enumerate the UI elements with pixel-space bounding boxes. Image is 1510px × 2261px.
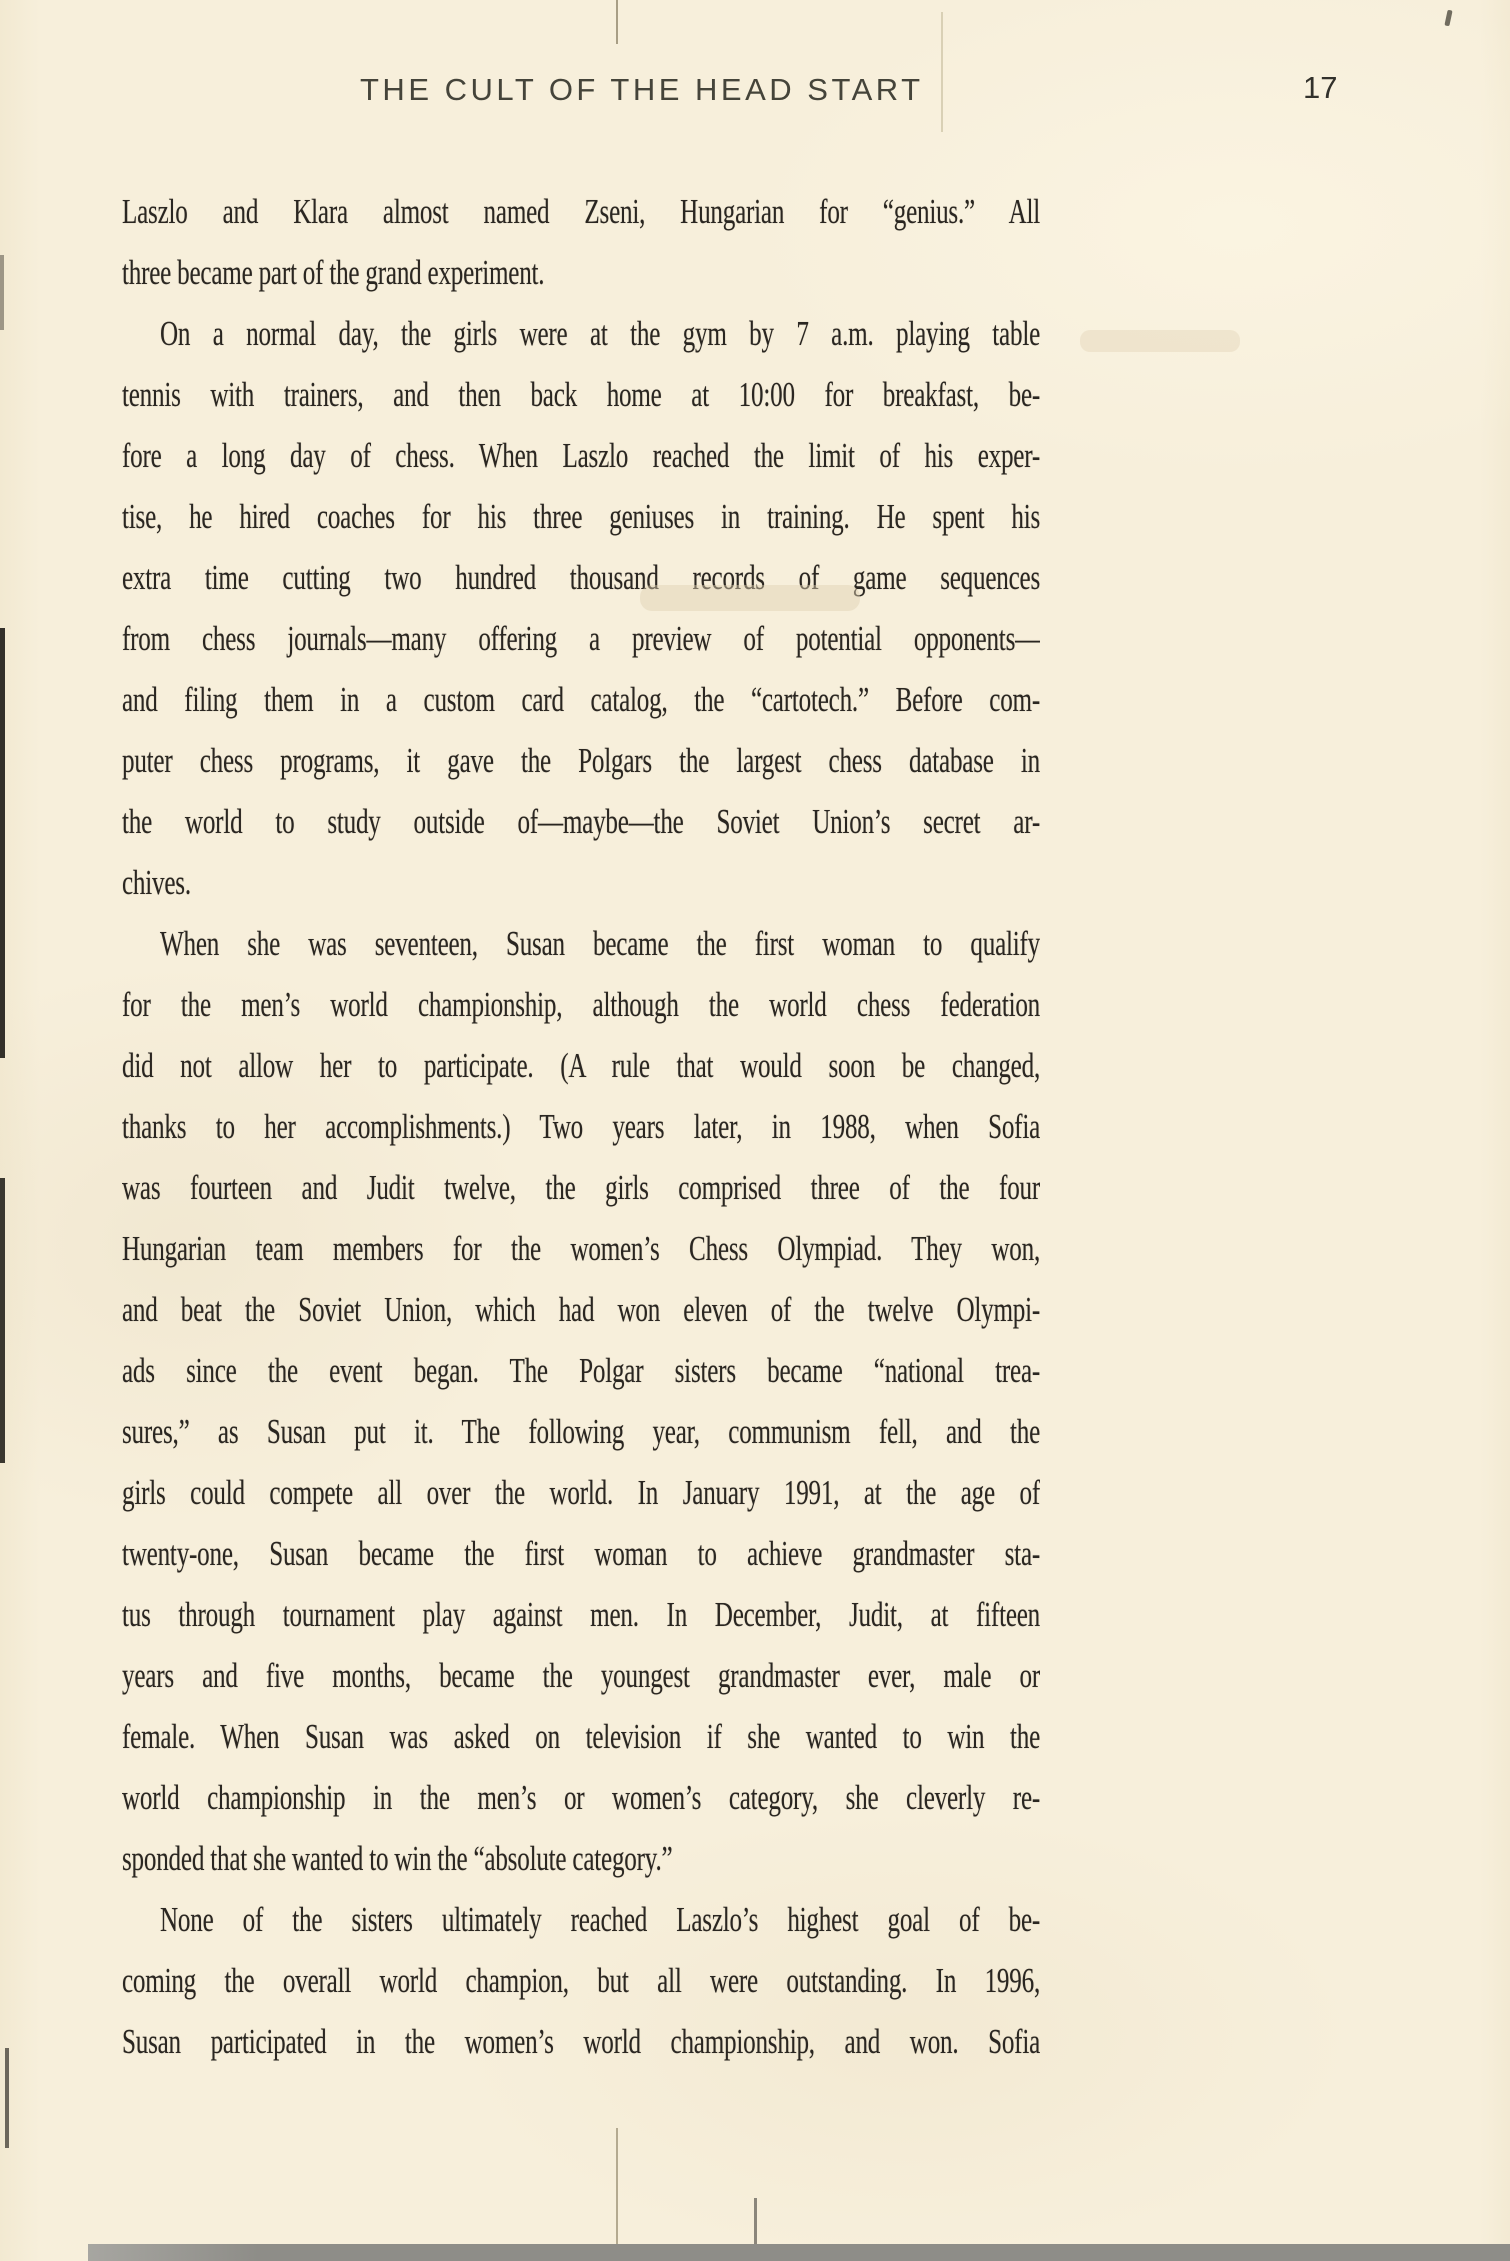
body-line: thanks to her accomplishments.) Two year… bbox=[122, 1096, 1040, 1157]
scan-artifact-left-edge-mark bbox=[0, 255, 4, 330]
body-line: sponded that she wanted to win the “abso… bbox=[122, 1828, 1040, 1889]
book-page: THE CULT OF THE HEAD START 17 Laszlo and… bbox=[0, 0, 1510, 2261]
body-line: On a normal day, the girls were at the g… bbox=[122, 303, 1040, 364]
running-header-title: THE CULT OF THE HEAD START bbox=[360, 72, 924, 108]
body-line: fore a long day of chess. When Laszlo re… bbox=[122, 425, 1040, 486]
scan-artifact-mark bbox=[754, 2198, 757, 2246]
body-line: did not allow her to participate. (A rul… bbox=[122, 1035, 1040, 1096]
body-line: coming the overall world champion, but a… bbox=[122, 1950, 1040, 2011]
scan-artifact-fold-line bbox=[616, 2128, 618, 2246]
body-line: Hungarian team members for the women’s C… bbox=[122, 1218, 1040, 1279]
body-line: tennis with trainers, and then back home… bbox=[122, 364, 1040, 425]
scan-artifact-left-edge-mark bbox=[5, 2048, 9, 2148]
scan-artifact-left-edge-mark bbox=[0, 1178, 5, 1463]
body-line: Laszlo and Klara almost named Zseni, Hun… bbox=[122, 181, 1040, 242]
body-line: chives. bbox=[122, 852, 1040, 913]
body-line: girls could compete all over the world. … bbox=[122, 1462, 1040, 1523]
body-line: was fourteen and Judit twelve, the girls… bbox=[122, 1157, 1040, 1218]
scan-artifact-smudge bbox=[1080, 330, 1240, 352]
body-line: the world to study outside of—maybe—the … bbox=[122, 791, 1040, 852]
body-line: tise, he hired coaches for his three gen… bbox=[122, 486, 1040, 547]
body-line: for the men’s world championship, althou… bbox=[122, 974, 1040, 1035]
body-line: None of the sisters ultimately reached L… bbox=[122, 1889, 1040, 1950]
body-line: years and five months, became the younge… bbox=[122, 1645, 1040, 1706]
body-line: three became part of the grand experimen… bbox=[122, 242, 1040, 303]
body-line: from chess journals—many offering a prev… bbox=[122, 608, 1040, 669]
body-line: Susan participated in the women’s world … bbox=[122, 2011, 1040, 2072]
body-line: twenty-one, Susan became the first woman… bbox=[122, 1523, 1040, 1584]
text-block: Laszlo and Klara almost named Zseni, Hun… bbox=[122, 181, 1040, 2072]
scan-artifact-fold-line bbox=[941, 12, 943, 132]
body-line: puter chess programs, it gave the Polgar… bbox=[122, 730, 1040, 791]
body-line: When she was seventeen, Susan became the… bbox=[122, 913, 1040, 974]
body-line: and beat the Soviet Union, which had won… bbox=[122, 1279, 1040, 1340]
body-line: sures,” as Susan put it. The following y… bbox=[122, 1401, 1040, 1462]
body-line: and filing them in a custom card catalog… bbox=[122, 669, 1040, 730]
scan-artifact-bottom-strip bbox=[88, 2244, 1510, 2261]
body-line: female. When Susan was asked on televisi… bbox=[122, 1706, 1040, 1767]
scan-artifact-left-edge-mark bbox=[0, 628, 5, 1058]
body-line: extra time cutting two hundred thousand … bbox=[122, 547, 1040, 608]
body-line: tus through tournament play against men.… bbox=[122, 1584, 1040, 1645]
page-number: 17 bbox=[1303, 70, 1337, 106]
scan-artifact-fold-line bbox=[616, 0, 618, 44]
body-line: ads since the event began. The Polgar si… bbox=[122, 1340, 1040, 1401]
body-line: world championship in the men’s or women… bbox=[122, 1767, 1040, 1828]
scan-artifact-speck bbox=[1444, 10, 1452, 27]
